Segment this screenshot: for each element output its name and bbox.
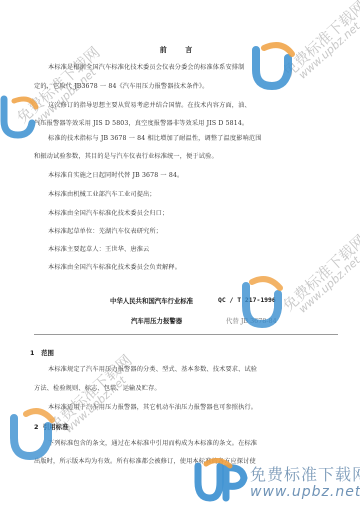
preface-line: 气压报警器等效采用 JIS D 5803，真空度报警器非等效采用 JIS D 5… xyxy=(34,120,248,128)
up-logo-icon xyxy=(238,272,284,330)
preface-line: 本标准由机械工业部汽车工业司提出； xyxy=(48,191,156,199)
section-number: 1 xyxy=(30,349,34,357)
preface-line: 本标准自实施之日起同时代替 JB 3678 一 84。 xyxy=(48,172,183,180)
preface-line: 本标准主要起草人：王世华、唐淮云 xyxy=(48,246,149,254)
up-logo-icon xyxy=(6,404,56,462)
preface-line: 和振动试验参数，其目的是与汽车仪表行业标准统一，便于试验。 xyxy=(34,153,218,161)
up-logo-icon xyxy=(0,95,40,141)
preface-line: 本标准由全国汽车标准化技术委员会负责解释。 xyxy=(48,264,181,272)
preface-line: 本标准由全国汽车标准化技术委员会归口； xyxy=(48,210,168,218)
section-1-heading: 1 范围 xyxy=(30,348,54,357)
section-title: 范围 xyxy=(41,349,54,357)
up-logo-icon xyxy=(248,40,296,92)
brand-site-name: 免费标准下载网 xyxy=(250,462,360,485)
preface-line: 标准的技术指标与 JB 3678 一 84 相比增加了耐温性，调整了温度影响范围 xyxy=(48,135,262,143)
preface-line: 这次修订的指导思想主要从贸易考虑并结合国情。在技术内容方面，油、 xyxy=(48,102,251,110)
section-1-line: 本标准规定了汽车用压力报警器的分类、型式、基本参数、技术要求、试验 xyxy=(48,366,257,374)
brand-up-logo-icon xyxy=(192,458,250,504)
preface-line: 本标准起草单位：芜湖汽车仪表研究所； xyxy=(48,228,162,236)
standard-name: 汽车用压力报警器 xyxy=(131,316,182,325)
section-2-line: 下列标准包含的条文，通过在本标准中引用而构成为本标准的条文。在标准 xyxy=(48,440,257,448)
standard-org: 中华人民共和国汽车行业标准 xyxy=(110,296,193,305)
document-page: 前 言 本标准是根据全国汽车标准化技术委员会仪表分委会的标准体系安排制 定的，它… xyxy=(0,0,360,509)
brand-site-url: www.upbz.net xyxy=(250,484,360,500)
header-divider xyxy=(34,334,338,335)
